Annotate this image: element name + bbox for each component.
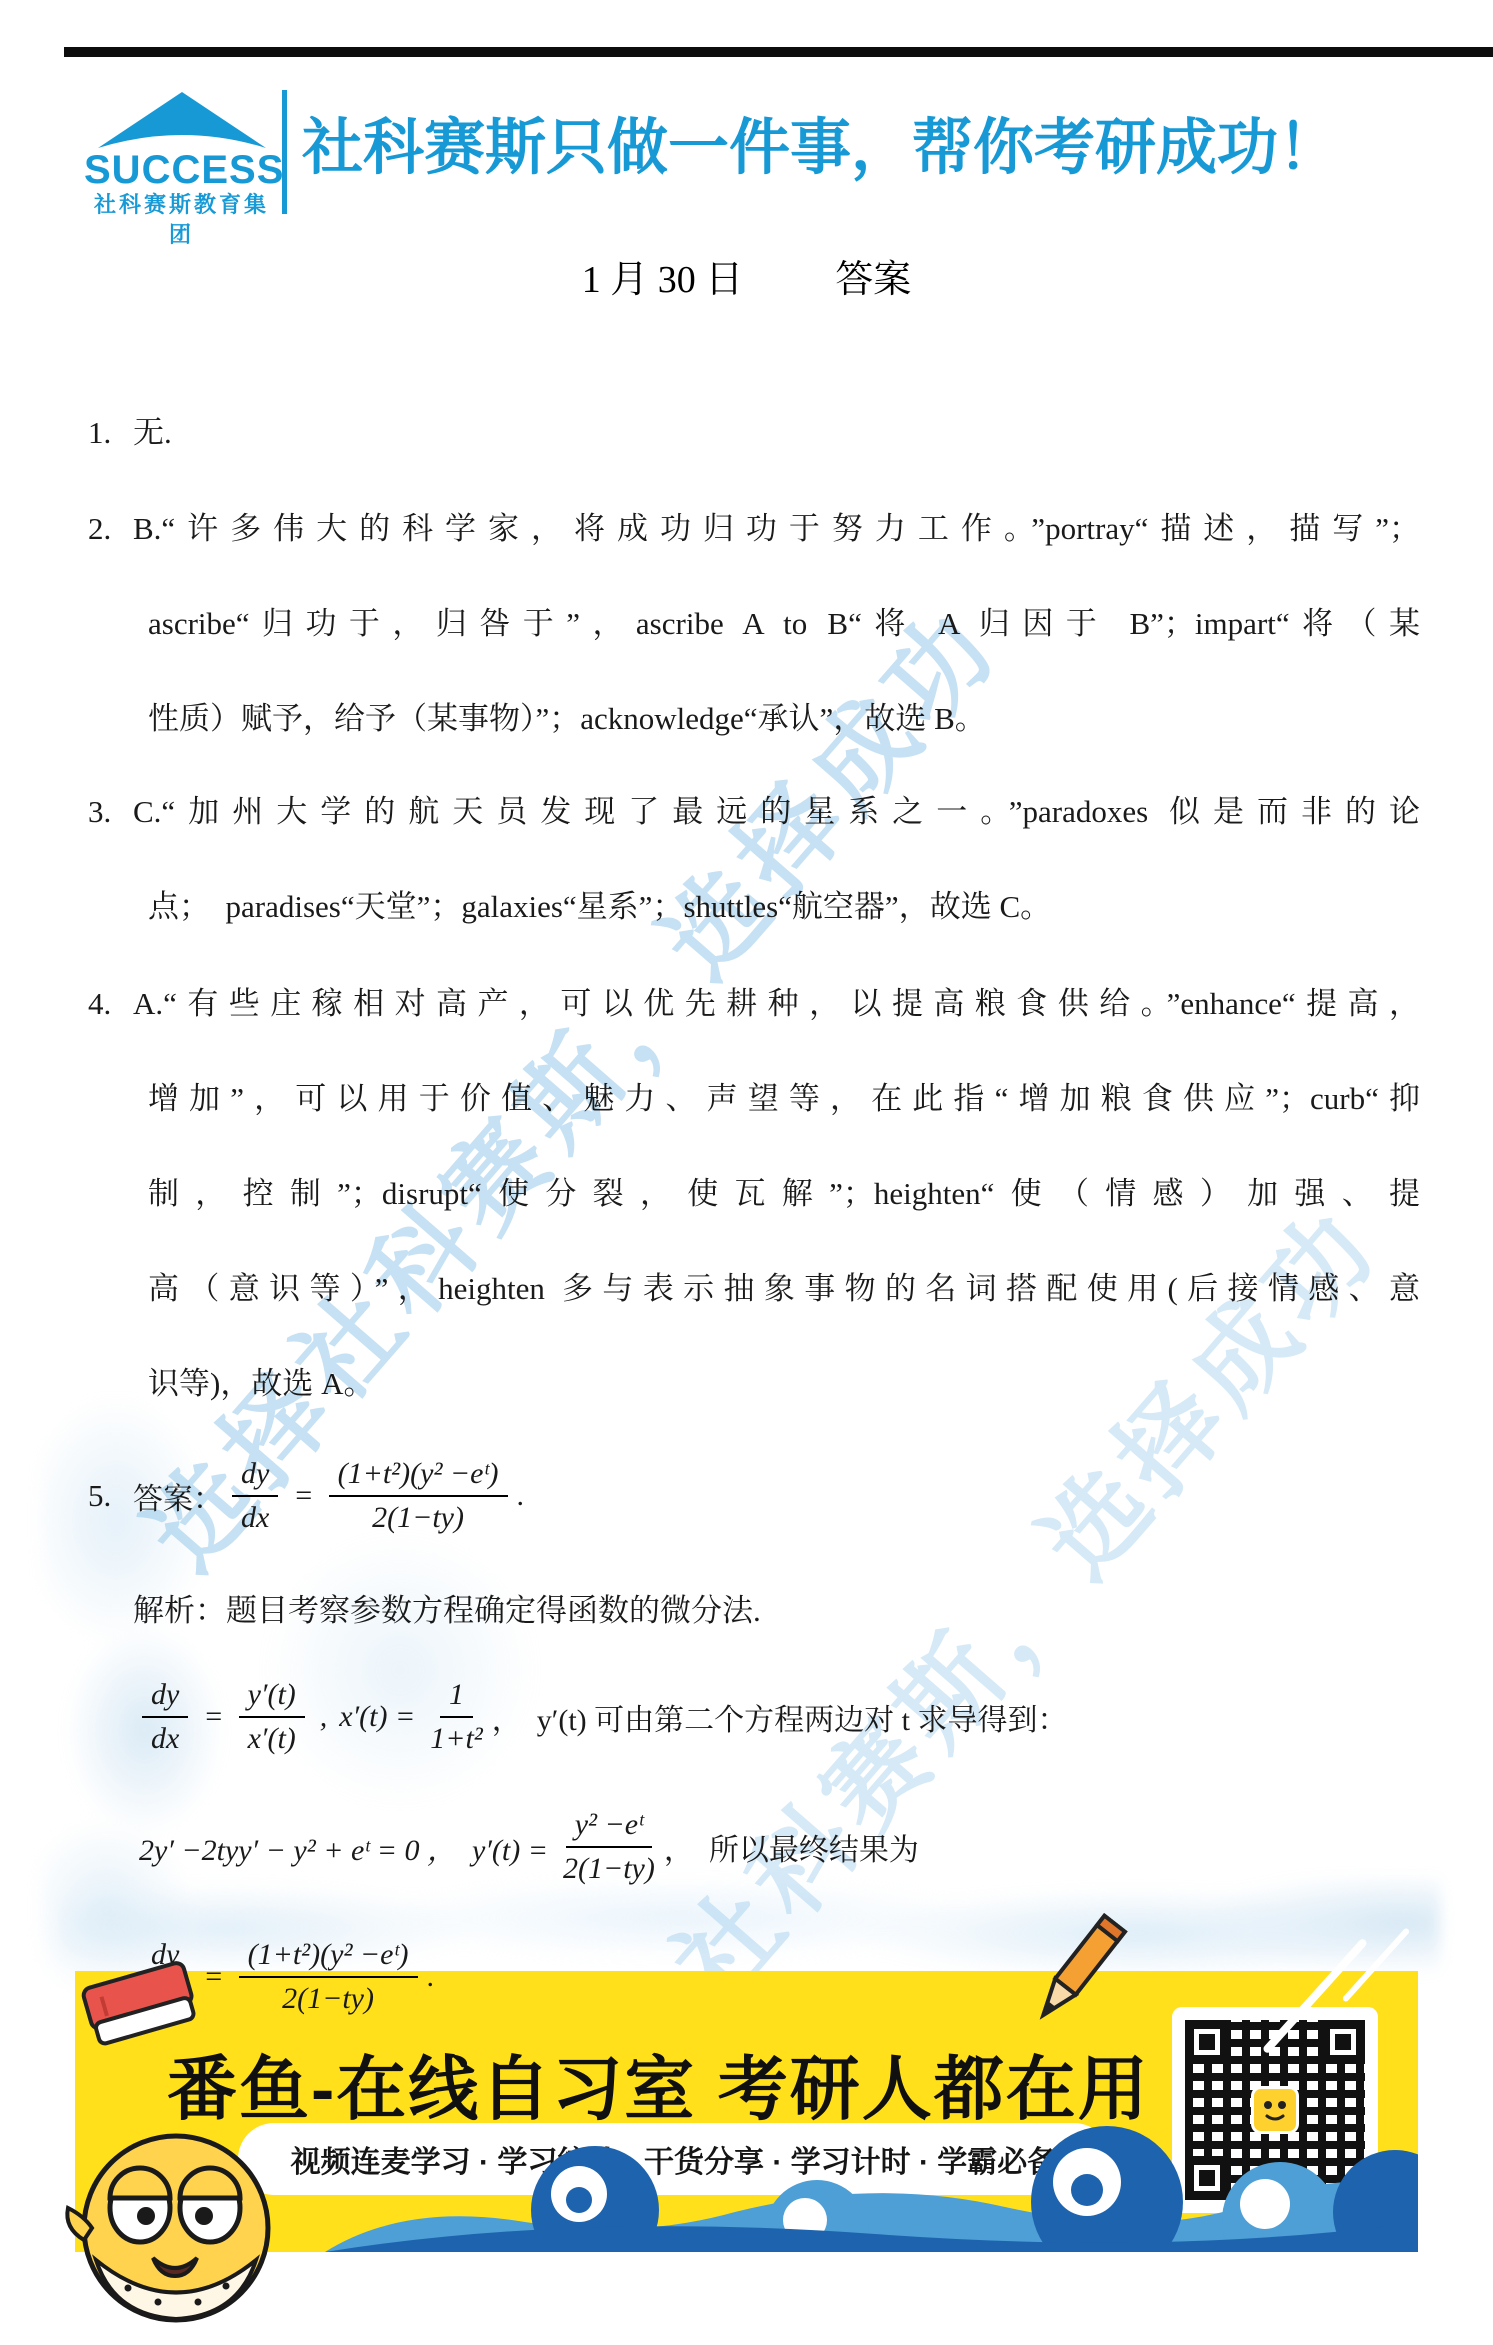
answer-line: 性质）赋予，给予（某事物）”；acknowledge“承认”，故选 B。 <box>133 698 1420 793</box>
qr-finder-icon <box>1321 2020 1365 2064</box>
answer-label: 答案： <box>133 1474 223 1518</box>
answer-line: ascribe“归功于，归咎于”，ascribe A to B“将 A 归因于 … <box>133 603 1420 698</box>
answer-line: B.“许多伟大的科学家，将成功归功于努力工作。”portray“描述，描写”； <box>133 508 1420 603</box>
fraction-result: (1+t²)(y² −eᵗ) 2(1−ty) <box>239 1937 418 2017</box>
answer-item-5-result: 5. 答案： dy dx = (1+t²)(y² −eᵗ) 2(1−ty) . <box>133 1438 524 1553</box>
item-number: 3. <box>88 791 133 981</box>
header-slogan: 社科赛斯只做一件事，帮你考研成功！ <box>302 97 1442 197</box>
answer-item-3: 3. C.“加州大学的航天员发现了最远的星系之一。”paradoxes 似是而非… <box>88 791 1420 981</box>
header-divider <box>282 90 287 214</box>
answer-line: 制，控制”；disrupt“使分裂，使瓦解”；heighten“使（情感）加强、… <box>133 1173 1420 1268</box>
fraction-dy-dx: dy dx <box>142 1677 188 1757</box>
fraction-one-over: 1 1+t² <box>430 1677 483 1757</box>
item-number: 1. <box>88 412 133 507</box>
logo-wordmark: SUCCESS <box>84 150 279 190</box>
answer-line: 高（意识等）”，heighten 多与表示抽象事物的名词搭配使用(后接情感、意 <box>133 1268 1420 1363</box>
page-title: 1 月 30 日答案 <box>0 256 1493 304</box>
answer-line: 无. <box>133 412 1420 507</box>
answer-line: 点； paradises“天堂”；galaxies“星系”；shuttles“航… <box>133 886 1420 981</box>
answer-item-2: 2. B.“许多伟大的科学家，将成功归功于努力工作。”portray“描述，描写… <box>88 508 1420 793</box>
analysis-line: 解析：题目考察参数方程确定得函数的微分法. <box>133 1582 761 1632</box>
fraction-yprime-xprime: y′(t) x′(t) <box>239 1677 305 1757</box>
derivation-line-2: 2y′ −2tyy′ − y² + eᵗ = 0 ， y′(t) = y² −e… <box>133 1792 919 1902</box>
title-label: 答案 <box>835 259 911 301</box>
fraction-result: (1+t²)(y² −eᵗ) 2(1−ty) <box>329 1456 508 1536</box>
answer-item-1: 1. 无. <box>88 412 1420 507</box>
answer-line: A.“有些庄稼相对高产，可以优先耕种，以提高粮食供给。”enhance“提高， <box>133 983 1420 1078</box>
item-number: 4. <box>88 983 133 1458</box>
fraction-dy-dx: dy dx <box>232 1456 278 1536</box>
answer-line: C.“加州大学的航天员发现了最远的星系之一。”paradoxes 似是而非的论 <box>133 791 1420 886</box>
fraction-y2-et: y² −eᵗ 2(1−ty) <box>563 1807 655 1887</box>
answer-item-4: 4. A.“有些庄稼相对高产，可以优先耕种，以提高粮食供给。”enhance“提… <box>88 983 1420 1458</box>
pufferfish-mascot-icon <box>58 2120 283 2335</box>
logo-subtitle: 社科赛斯教育集团 <box>84 190 279 250</box>
item-number: 5. <box>88 1475 133 1517</box>
success-logo: SUCCESS 社科赛斯教育集团 <box>84 92 279 250</box>
logo-roof-icon <box>98 92 266 150</box>
title-date: 1 月 30 日 <box>582 259 744 301</box>
item-number: 2. <box>88 508 133 793</box>
qr-finder-icon <box>1185 2020 1229 2064</box>
answer-sheet-page: SUCCESS 社科赛斯教育集团 社科赛斯只做一件事，帮你考研成功！ 1 月 3… <box>0 0 1493 2345</box>
derivation-line-1: dy dx = y′(t) x′(t) , x′(t) = 1 1+t² ， y… <box>133 1662 1068 1772</box>
answer-line: 增加”，可以用于价值、魅力、声望等，在此指“增加粮食供应”；curb“抑 <box>133 1078 1420 1173</box>
header-rule <box>64 47 1493 57</box>
